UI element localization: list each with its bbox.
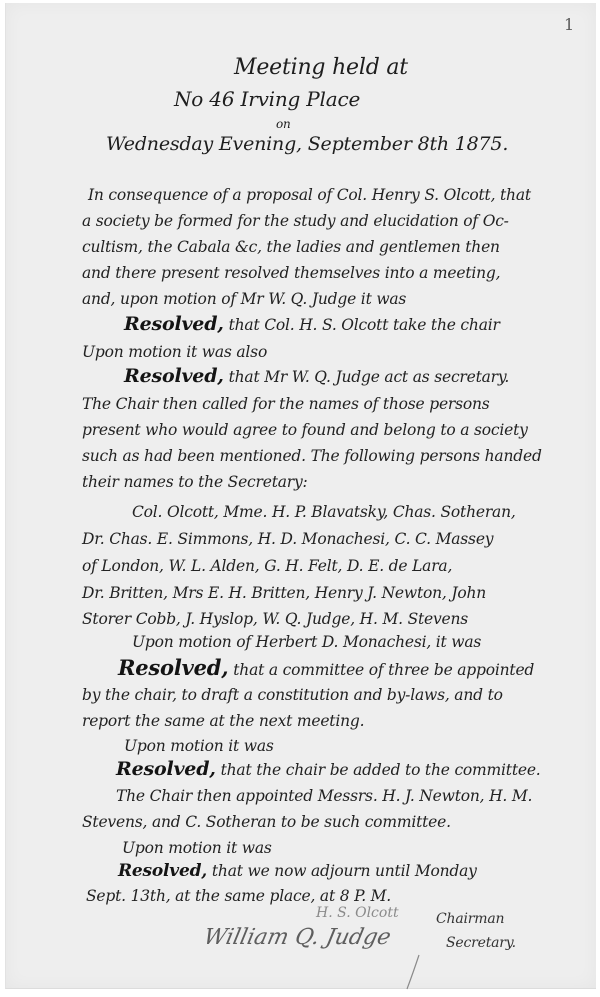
body-line: The Chair then appointed Messrs. H. J. N… xyxy=(116,787,532,805)
chairman-title: Chairman xyxy=(436,911,504,927)
motion-line: Upon motion it was xyxy=(122,839,272,857)
member-names-line: of London, W. L. Alden, G. H. Felt, D. E… xyxy=(82,557,452,575)
body-line: The Chair then called for the names of t… xyxy=(82,395,490,413)
motion-line: Upon motion of Herbert D. Monachesi, it … xyxy=(132,633,481,651)
resolved-label: Resolved, xyxy=(116,758,216,780)
member-names-line: Storer Cobb, J. Hyslop, W. Q. Judge, H. … xyxy=(82,610,468,628)
resolved-label: Resolved, xyxy=(124,365,224,387)
member-names-line: Dr. Britten, Mrs E. H. Britten, Henry J.… xyxy=(82,584,486,602)
heading-line-3: on xyxy=(276,117,291,131)
body-line: Sept. 13th, at the same place, at 8 P. M… xyxy=(86,887,391,905)
body-line: such as had been mentioned. The followin… xyxy=(82,447,542,465)
heading-line-4: Wednesday Evening, September 8th 1875. xyxy=(106,133,508,155)
heading-line-2: No 46 Irving Place xyxy=(174,87,360,111)
resolution-4: Resolved, that the chair be added to the… xyxy=(116,758,541,780)
resolution-text: that the chair be added to the committee… xyxy=(221,761,541,779)
chairman-signature: H. S. Olcott xyxy=(316,905,399,921)
resolved-label: Resolved, xyxy=(118,861,207,881)
body-line: In consequence of a proposal of Col. Hen… xyxy=(88,186,531,204)
resolution-1: Resolved, that Col. H. S. Olcott take th… xyxy=(124,313,500,335)
body-line: their names to the Secretary: xyxy=(82,473,308,491)
resolution-text: that a committee of three be appointed xyxy=(233,661,534,679)
body-line: a society be formed for the study and el… xyxy=(82,212,509,230)
body-line: and there present resolved themselves in… xyxy=(82,264,500,282)
heading-line-1: Meeting held at xyxy=(234,55,408,80)
manuscript-page: 1 Meeting held at No 46 Irving Place on … xyxy=(5,3,596,989)
resolution-text: that we now adjourn until Monday xyxy=(212,862,477,880)
resolution-text: that Col. H. S. Olcott take the chair xyxy=(229,316,500,334)
resolved-label: Resolved, xyxy=(118,655,228,680)
body-line: Stevens, and C. Sotheran to be such comm… xyxy=(82,813,451,831)
member-names-line: Col. Olcott, Mme. H. P. Blavatsky, Chas.… xyxy=(132,503,516,521)
resolution-2: Resolved, that Mr W. Q. Judge act as sec… xyxy=(124,365,509,387)
member-names-line: Dr. Chas. E. Simmons, H. D. Monachesi, C… xyxy=(82,530,493,548)
motion-line: Upon motion it was also xyxy=(82,343,267,361)
resolution-3: Resolved, that a committee of three be a… xyxy=(118,655,534,680)
body-line: present who would agree to found and bel… xyxy=(82,421,528,439)
signature-flourish xyxy=(401,953,431,993)
body-line: report the same at the next meeting. xyxy=(82,712,364,730)
resolved-label: Resolved, xyxy=(124,313,224,335)
body-line: and, upon motion of Mr W. Q. Judge it wa… xyxy=(82,290,406,308)
page-number: 1 xyxy=(564,15,574,34)
resolution-5: Resolved, that we now adjourn until Mond… xyxy=(118,861,477,881)
body-line: cultism, the Cabala &c, the ladies and g… xyxy=(82,238,500,256)
body-line: by the chair, to draft a constitution an… xyxy=(82,686,503,704)
secretary-signature: William Q. Judge xyxy=(201,925,393,950)
resolution-text: that Mr W. Q. Judge act as secretary. xyxy=(229,368,510,386)
motion-line: Upon motion it was xyxy=(124,737,274,755)
secretary-title: Secretary. xyxy=(446,935,516,951)
